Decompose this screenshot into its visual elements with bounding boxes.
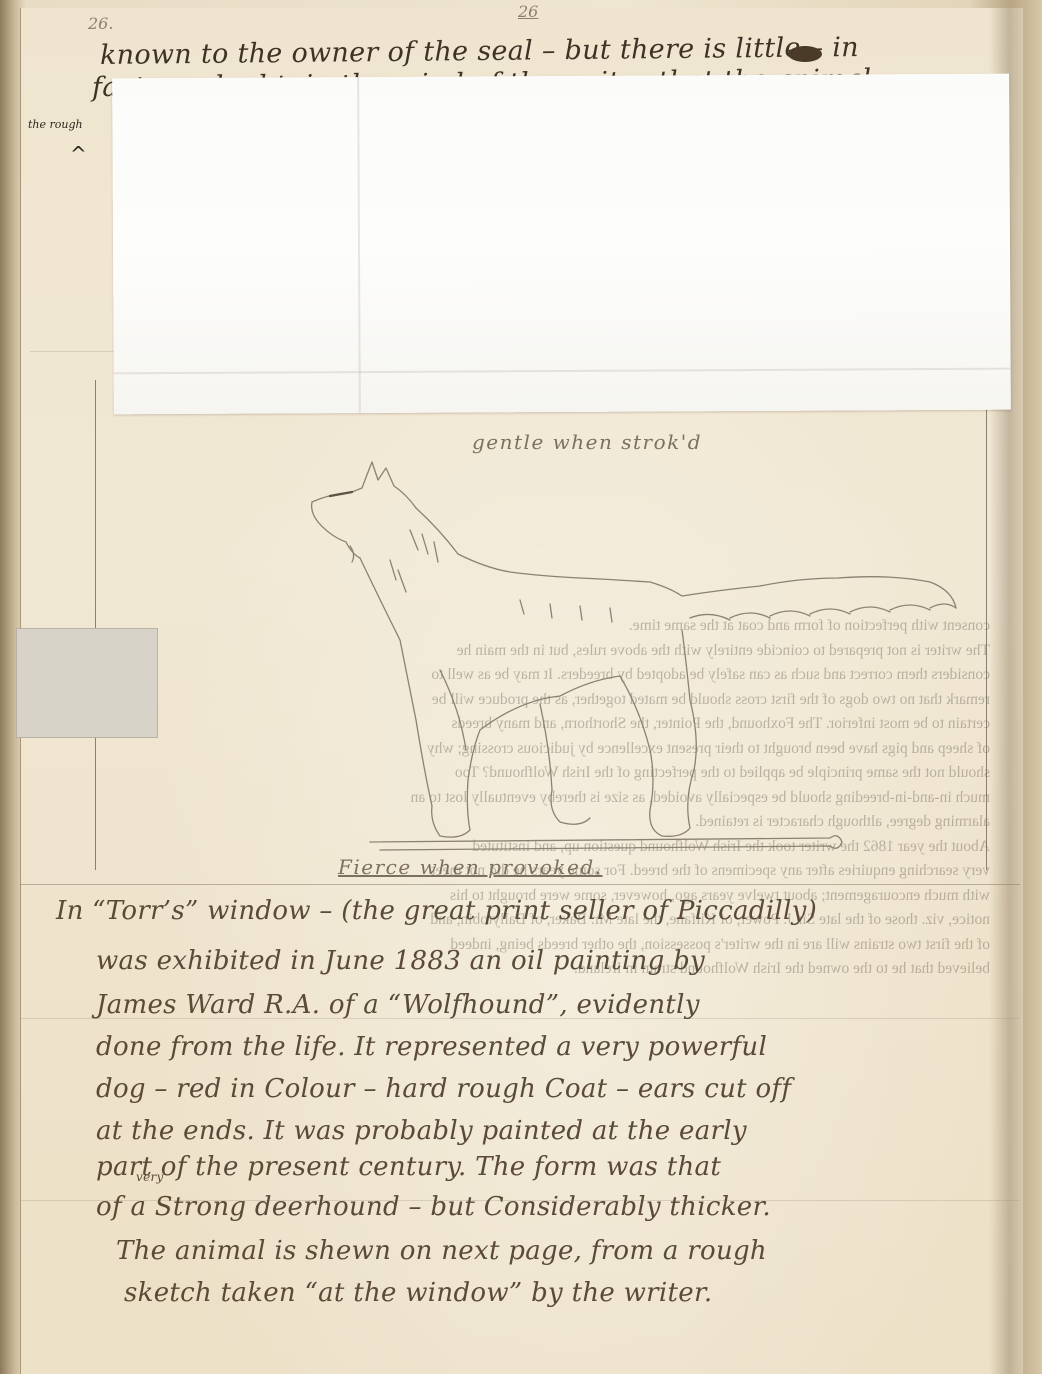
- handwritten-main-line-1: In “Torr’s” window – (the great print se…: [56, 896, 817, 926]
- handwritten-main-line-4: done from the life. It represented a ver…: [96, 1032, 767, 1062]
- interlinear-insertion: very: [136, 1170, 164, 1184]
- ruled-line: [20, 884, 1020, 885]
- handwritten-main-line-3: James Ward R.A. of a “Wolfhound”, eviden…: [96, 990, 700, 1020]
- pasted-gray-patch: [16, 628, 158, 738]
- wolfhound-sketch-icon: [290, 450, 970, 870]
- handwritten-main-line-6: at the ends. It was probably painted at …: [96, 1116, 747, 1146]
- slip-fold-line: [114, 368, 1011, 375]
- handwritten-main-line-2: was exhibited in June 1883 an oil painti…: [96, 946, 705, 976]
- sketch-caption-bottom: Fierce when provoked.: [338, 855, 603, 879]
- handwritten-main-line-8: of a Strong deerhound – but Considerably…: [96, 1192, 771, 1222]
- pasted-paper-slip: [112, 74, 1011, 415]
- insertion-caret: ^: [70, 142, 87, 166]
- handwritten-main-line-5: dog – red in Colour – hard rough Coat – …: [96, 1074, 791, 1104]
- page-number-center: 26: [518, 2, 538, 21]
- handwritten-main-line-7: part of the present century. The form wa…: [96, 1152, 721, 1182]
- ink-blot: [788, 46, 822, 62]
- handwritten-main-line-9: The animal is shewn on next page, from a…: [116, 1236, 767, 1266]
- page-number-left: 26.: [88, 14, 113, 33]
- handwritten-main-line-10: sketch taken “at the window” by the writ…: [124, 1278, 712, 1308]
- margin-note: the rough: [28, 118, 83, 131]
